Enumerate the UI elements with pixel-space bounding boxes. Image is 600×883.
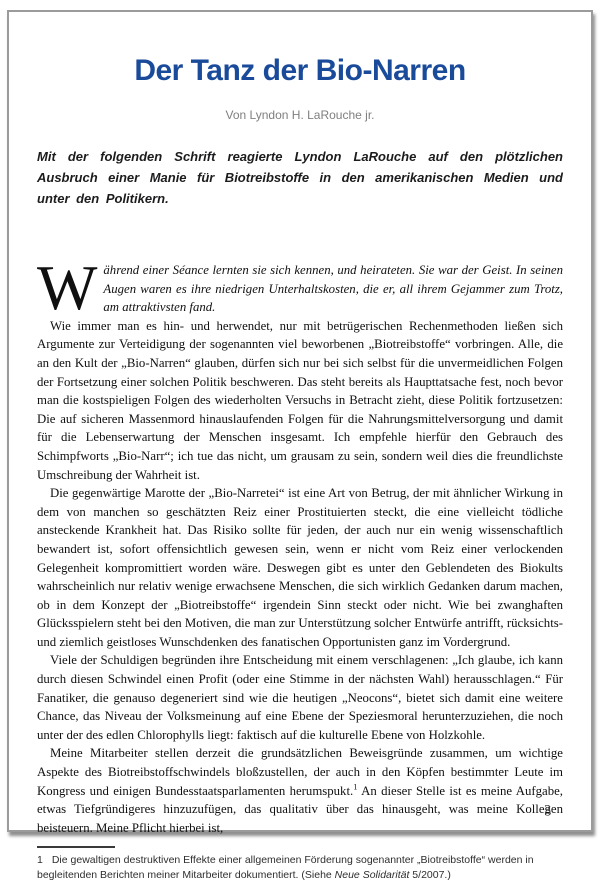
- footnote-separator: [37, 846, 115, 848]
- document-page: Der Tanz der Bio-Narren Von Lyndon H. La…: [7, 10, 593, 832]
- body-paragraph: Die gegenwärtige Marotte der „Bio-Narret…: [37, 484, 563, 651]
- intro-abstract: Mit der folgenden Schrift reagierte Lynd…: [37, 146, 563, 209]
- body-paragraph-final: Meine Mitarbeiter stellen derzeit die gr…: [37, 744, 563, 837]
- lead-paragraph-text: ährend einer Séance lernten sie sich ken…: [103, 263, 563, 314]
- body-paragraph: Viele der Schuldigen begründen ihre Ents…: [37, 651, 563, 744]
- article-body: Während einer Séance lernten sie sich ke…: [37, 261, 563, 837]
- dropcap-letter: W: [37, 261, 103, 313]
- body-paragraph: Wie immer man es hin- und herwendet, nur…: [37, 317, 563, 484]
- byline: Von Lyndon H. LaRouche jr.: [37, 108, 563, 122]
- lead-paragraph: Während einer Séance lernten sie sich ke…: [37, 261, 563, 317]
- article-title: Der Tanz der Bio-Narren: [37, 54, 563, 88]
- page-number: 3: [544, 802, 551, 818]
